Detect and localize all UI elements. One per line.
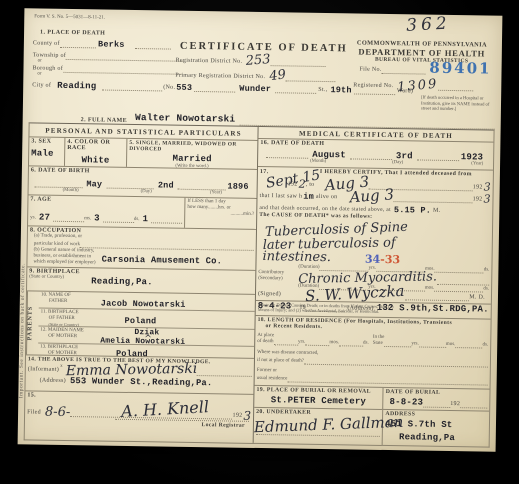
- dob-month: May: [86, 179, 102, 189]
- dotted-line: [434, 284, 483, 293]
- certificate-body: PERSONAL AND STATISTICAL PARTICULARS 3. …: [24, 122, 495, 447]
- dotted-line: [304, 357, 488, 368]
- sex-label: 3. SEX: [31, 138, 62, 144]
- street-value: Wunder: [239, 84, 271, 94]
- dob-day: 2nd: [158, 180, 174, 190]
- registered-no-value: 1309: [397, 77, 439, 96]
- dotted-line: [103, 215, 134, 223]
- dotted-line: [60, 40, 96, 49]
- md-label: M. D.: [469, 294, 485, 302]
- house-no-value: 553: [176, 83, 192, 93]
- county-value: Berks: [98, 39, 125, 49]
- ds-label-4: ds.: [482, 343, 488, 349]
- dotted-line: [151, 215, 182, 223]
- birthplace-sub: (State or Country): [29, 274, 89, 280]
- age-ds-value: 1: [142, 214, 148, 224]
- dotted-line: [266, 150, 308, 159]
- dob-label: 6. DATE OF BIRTH: [31, 167, 255, 177]
- month-caption: (Month): [63, 188, 79, 193]
- dotted-line: [66, 52, 183, 62]
- dotted-line: [455, 340, 482, 348]
- city-label: City of: [32, 82, 51, 90]
- dotted-line: [350, 151, 392, 160]
- parents-vertical-label: PARENTS: [26, 291, 39, 354]
- lastsaw-year-printed: 192: [473, 196, 483, 204]
- dotted-line: [178, 182, 226, 191]
- dotted-line: [63, 65, 183, 75]
- photo-background: Important. See instructions on back of c…: [0, 0, 519, 484]
- last-saw-him-typed: im: [303, 192, 314, 202]
- form-number: Form V. S. No. 5—5031—8-11-21.: [34, 14, 105, 21]
- father-birthplace-value: Poland: [124, 316, 156, 327]
- burial-place-label: 19. PLACE OF BURIAL OR REMOVAL: [256, 387, 380, 395]
- dotted-line: [53, 214, 84, 222]
- date-of-death-label: 16. DATE OF DEATH: [260, 140, 491, 150]
- year-caption: (Year): [471, 161, 483, 166]
- dotted-line: [270, 58, 326, 67]
- year-caption: (Year): [210, 190, 222, 195]
- registered-no-label: Registered No.: [353, 82, 393, 90]
- informant-address-label: (Address): [40, 377, 66, 385]
- death-time-m-label: M.: [433, 207, 441, 215]
- registration-district-label: Registration District No.: [176, 57, 243, 66]
- sex-value: Male: [31, 148, 62, 158]
- ds-label-2: ds.: [483, 287, 489, 293]
- age-label: 7. AGE: [30, 196, 182, 204]
- yrs-label-3: yrs.: [298, 340, 305, 346]
- burial-date-label: DATE OF BURIAL: [386, 389, 488, 397]
- dotted-line: [384, 339, 411, 347]
- dotted-line: [382, 66, 426, 75]
- registration-district-value: 253: [245, 52, 271, 69]
- primary-district-label: Primary Registration District No.: [175, 72, 265, 81]
- death-time-value: 5.15 P.: [394, 205, 431, 216]
- dotted-line: [419, 340, 446, 348]
- dotted-line: [439, 83, 474, 92]
- dotted-line: [275, 85, 316, 94]
- burial-year-printed: 192: [450, 401, 460, 409]
- marital-label: 5. SINGLE, MARRIED, WIDOWED OR DIVORCED: [129, 140, 255, 154]
- in-state-label-2: State: [373, 341, 385, 347]
- dotted-line: [194, 84, 235, 93]
- contracted-label-2: if not at place of death?: [257, 358, 304, 365]
- mother-name-value: Amelia Nowotarski: [100, 337, 185, 347]
- filed-year-printed: 192: [232, 412, 242, 420]
- or-label2: or: [37, 71, 41, 77]
- dotted-line: [460, 400, 487, 408]
- dotted-line: [417, 152, 459, 161]
- dotted-line: [423, 400, 450, 408]
- burial-place-value: St.PETER Cemetery: [256, 395, 380, 407]
- dotted-line: [135, 41, 171, 50]
- dotted-line: [102, 83, 162, 92]
- dotted-line: [405, 292, 470, 301]
- filed-label: Filed: [27, 409, 41, 417]
- mother-name-label2: OF MOTHER: [48, 334, 98, 341]
- race-label: 4. COLOR OR RACE: [67, 139, 124, 152]
- mos-label-4: mos.: [446, 342, 456, 348]
- informant-x-mark: x: [60, 364, 63, 370]
- dotted-line: [286, 73, 336, 82]
- local-registrar-label: Local Registrar: [201, 422, 245, 429]
- occupation-value: Carsonia Amusement Co.: [102, 255, 223, 267]
- age-note-3: ..........min.?: [187, 211, 254, 218]
- dotted-line: [394, 194, 473, 203]
- file-no-stamp: 89401: [429, 59, 491, 78]
- burial-date-value: 8-8-23: [389, 397, 423, 408]
- dotted-line: [305, 338, 329, 346]
- item-17-number: 17.: [260, 169, 269, 175]
- informant-label: (Informant): [28, 366, 59, 374]
- county-label: County of: [33, 40, 60, 48]
- ds-label-3: ds.: [363, 341, 369, 347]
- duration-label-1: (Duration): [298, 265, 319, 271]
- undertaker-address-line-2: Reading,Pa: [399, 432, 487, 443]
- age-yrs-label: ys.: [30, 215, 36, 221]
- dob-year: 1896: [227, 181, 248, 191]
- informant-signature: Emma Nowotarski: [65, 361, 197, 380]
- age-ds-label: ds.: [134, 217, 140, 223]
- at-place-label-2: of death: [257, 339, 274, 345]
- filed-date-value: 8-6-: [45, 405, 71, 420]
- to-year-printed: 192: [473, 184, 483, 192]
- place-of-death-label: 1. PLACE OF DEATH: [40, 30, 105, 37]
- dotted-line: [197, 368, 252, 377]
- day-caption: (Day): [141, 189, 152, 194]
- ds-label: ds.: [484, 268, 490, 274]
- former-label-2: usual residence: [257, 376, 288, 382]
- dotted-line: [435, 265, 484, 274]
- hospital-note: [If death occurred in a Hospital or Inst…: [421, 95, 495, 113]
- primary-district-value: 49: [268, 67, 286, 84]
- secondary-label: (Secondary): [258, 276, 284, 282]
- last-saw-post: alive on: [316, 193, 338, 201]
- medical-certificate-column: MEDICAL CERTIFICATE OF DEATH 16. DATE OF…: [254, 126, 494, 447]
- personal-particulars-column: PERSONAL AND STATISTICAL PARTICULARS 3. …: [25, 122, 259, 443]
- cause-line-2: later tuberculosis of: [263, 234, 490, 253]
- age-yrs-value: 27: [39, 213, 50, 223]
- month-caption: (Month): [310, 159, 326, 164]
- house-no-label: (No.: [163, 84, 175, 92]
- yrs-label-4: yrs.: [411, 341, 418, 347]
- dotted-line: [274, 337, 298, 345]
- undertaker-signature: Edmund F. Gallman: [254, 414, 381, 437]
- city-value: Reading: [57, 81, 96, 92]
- mos-label-3: mos.: [329, 340, 339, 346]
- father-name-value: Jacob Nowotarski: [101, 299, 186, 310]
- day-caption: (Day): [392, 160, 403, 165]
- signed-label: (Signed): [258, 290, 281, 298]
- dotted-line: [35, 179, 83, 188]
- dotted-line: [339, 338, 363, 346]
- lastsaw-year-hw: 3: [483, 193, 490, 206]
- ward-value: 19th: [330, 85, 351, 95]
- full-name-value: Walter Nowotarski: [135, 112, 235, 125]
- death-certificate: Important. See instructions on back of c…: [18, 8, 503, 451]
- last-saw-pre: that I last saw h: [259, 192, 302, 200]
- last-saw-value: Aug 3: [349, 185, 395, 206]
- dotted-line: [106, 181, 154, 190]
- pencil-case-number: 362: [406, 13, 451, 35]
- age-mos-label: ms.: [84, 216, 91, 222]
- occupation-b3: which employed (or employer): [33, 259, 95, 266]
- certificate-header: Form V. S. No. 5—5031—8-11-21. 362 1. PL…: [23, 8, 502, 111]
- mos-label-2: mos.: [425, 286, 435, 292]
- age-mos-value: 3: [94, 213, 100, 223]
- file-no-label: File No.: [359, 66, 381, 74]
- race-value: White: [67, 155, 124, 166]
- father-name-label2: FATHER: [49, 299, 99, 306]
- street-suffix-label: St.,: [318, 86, 327, 94]
- birthplace-value: Reading,Pa.: [91, 276, 153, 292]
- insertion-caret: ^: [144, 334, 152, 344]
